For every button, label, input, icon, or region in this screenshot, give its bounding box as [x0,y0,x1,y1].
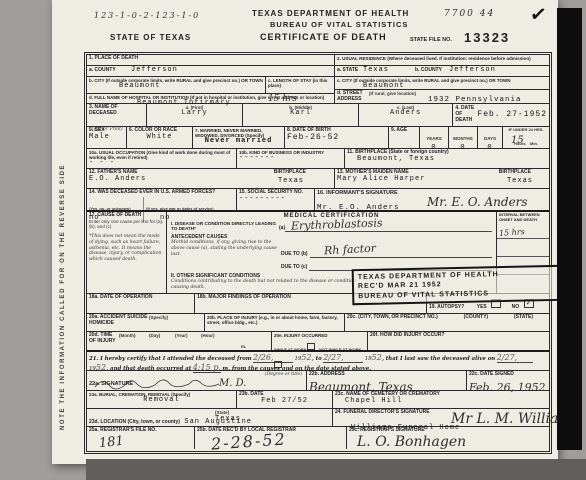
armed-forces-sub1-label: (Yes, no, or unknown) [89,206,131,211]
age-days-label: DAYS [484,136,496,141]
injury-m-label: m. [241,344,246,349]
accident-field: 20a. ACCIDENT SUICIDE HOMICIDE (Specify) [87,314,205,331]
cause-b-line: Rh factor [310,248,492,258]
row-armed-informant: 14. WAS DECEASED EVER IN U.S. ARMED FORC… [87,189,549,211]
how-injury-field: 20f. HOW DID INJURY OCCUR? [368,332,549,350]
city-stay-line: b. CITY (If outside corporate limits, wr… [87,77,334,94]
degree-or-title-note: (Degree or title) [265,372,302,377]
certify-text-3: that I last saw the deceased alive on [386,356,495,362]
age-under-24: IF UNDER 24 HRS. Hours Min. 15 [503,127,549,148]
color-race-value: White [129,134,190,142]
registrar-signature-field: 25c. REGISTRAR'S SIGNATURE L. O. Bonhage… [347,427,549,449]
ssn-value: --------- [239,196,312,204]
antecedent-note: Morbid conditions, if any, giving rise t… [171,240,279,257]
injury-city-label: 20c. (CITY, TOWN, OR PRECINCT NO.) [347,315,438,330]
row-parents: 12. FATHER'S NAME BIRTHPLACE E.O. Anders… [87,169,549,189]
date-of-death-label: 4. DATE OF DEATH [455,106,477,123]
cause-a-hand: Erythroblastosis [291,216,383,232]
date-of-death-value: Feb. 27-1952 [477,111,547,120]
certify-hand-3: 2/27, [497,353,533,363]
under-24-label: IF UNDER 24 HRS. [503,127,549,132]
length-of-stay-label: c. LENGTH OF STAY (in this place) [268,78,332,88]
row-name: 3. NAME OF DECEASED (Type or Print) a. (… [87,104,549,127]
last-name-value: Anders [361,110,450,118]
funeral-director-field: 24. FUNERAL DIRECTOR'S SIGNATURE William… [333,409,549,426]
place-of-death-title: 1. PLACE OF DEATH [89,56,332,62]
ssn-field: 15. SOCIAL SECURITY NO. --------- [237,189,315,210]
county-field: a. COUNTY Jefferson [87,66,334,77]
last-name-field: c. (Last) Anders [359,104,453,126]
burial-type-value: Removal [89,397,234,405]
injury-state-label: (STATE) [514,315,533,330]
industry-value: ------- [239,155,342,163]
middle-name-value: Karl [245,110,356,118]
street-address-label: d. STREET ADDRESS [337,91,369,104]
injury-month-label: (Month) [119,333,149,349]
physician-address-label: 22b. ADDRESS [309,372,464,378]
informant-signature-hand: Mr. E. O. Anders [427,195,528,209]
father-birthplace-value: Texas [278,178,304,186]
city-field: b. CITY (If outside corporate limits, wr… [87,77,266,93]
occupation-value: - - - [89,160,234,168]
interval-hand: 15 hrs [499,227,525,238]
informant-field: 16. INFORMANT'S SIGNATURE Mr. E.O. Ander… [315,189,549,210]
handwritten-number: 7700 44 [444,9,495,19]
received-stamp: TEXAS DEPARTMENT OF HEALTH REC'D MAR 21 … [352,265,563,306]
registrar-file-field: 25a. REGISTRAR'S FILE NO. 181 [87,427,195,449]
street-address-note: (If rural, give location) [369,91,416,104]
burial-location-field: 23d. LOCATION (City, town, or county) (S… [87,409,333,426]
age-years: YEARS 0 [420,127,449,148]
residence-city-field: c. CITY (If outside corporate limits, wr… [335,77,549,90]
row-funeral: 23d. LOCATION (City, town, or county) (S… [87,409,549,427]
date-of-operation-field: 18a. DATE OF OPERATION [87,294,195,313]
birthplace-value: Beaumont, Texas [357,156,547,164]
street-address-field: d. STREET ADDRESS (If rural, give locati… [335,90,549,105]
date-of-birth-value: Feb-26-52 [287,134,386,143]
armed-forces-field: 14. WAS DECEASED EVER IN U.S. ARMED FORC… [87,189,237,210]
first-name-field: a. (First) Larry [147,104,243,126]
state-file-no-label: STATE FILE NO. [410,37,452,43]
interval-rule-1 [497,238,549,239]
registrar-date-field: 25b. DATE REC'D BY LOCAL REGISTRAR 2-28-… [195,427,347,449]
cause-line-b: Morbid conditions, if any, giving rise t… [171,240,492,257]
place-of-death-title-box: 1. PLACE OF DEATH [87,55,334,66]
mother-birthplace-label: BIRTHPLACE [499,170,531,176]
row-injury-time: 20d. TIME OF INJURY (Month) (Day) (Year)… [87,332,549,351]
street-address-value: 1932 Pennsylvania [428,96,522,104]
row-certify: 21. I hereby certify that I attended the… [87,351,549,371]
injury-hour-label: (Hour) [201,333,241,349]
city-value: Beaumont [119,83,263,91]
burial-location-state: Texas [215,416,241,424]
row-occupation: 10a. USUAL OCCUPATION (Give kind of work… [87,149,549,169]
row-physician-signature: 22a. SIGNATURE (Degree or title) M. D. 2… [87,371,549,391]
row-place-residence: 1. PLACE OF DEATH a. COUNTY Jefferson b.… [87,55,549,104]
date-of-birth-field: 8. DATE OF BIRTH Feb-26-52 [285,127,389,148]
registrar-date-hand: 2-28-52 [210,429,287,453]
armed-forces-label: 14. WAS DECEASED EVER IN U.S. ARMED FORC… [87,189,236,197]
certify-hand-y1: 52, [301,353,314,362]
county-label: a. COUNTY [89,68,131,74]
registrar-file-label: 25a. REGISTRAR'S FILE NO. [89,428,192,434]
burial-date-value: Feb 27/52 [239,398,330,406]
while-at-work-checkbox [307,343,315,350]
row-burial: 23a. BURIAL, CREMATION, REMOVAL (Specify… [87,391,549,409]
burial-location-label: 23d. LOCATION (City, town, or county) [89,419,180,425]
time-of-injury-field: 20d. TIME OF INJURY (Month) (Day) (Year)… [87,332,272,350]
first-name-value: Larry [149,110,240,118]
due-to-b-label: DUE TO (b) [281,252,308,258]
injury-county-label: (COUNTY) [464,315,488,330]
certificate-title: CERTIFICATE OF DEATH [260,32,387,42]
place-of-death-section: 1. PLACE OF DEATH a. COUNTY Jefferson b.… [87,55,335,103]
cause-note-2: *This does not mean the mode of dying, s… [89,234,164,263]
registrar-file-hand: 181 [98,434,124,452]
industry-field: 10b. KIND OF BUSINESS OR INDUSTRY ------… [237,149,345,168]
usual-residence-section: 2. USUAL RESIDENCE (Where deceased lived… [335,55,549,103]
under-24-value: 15 [511,135,524,146]
physician-signature-field: 22a. SIGNATURE (Degree or title) M. D. [87,371,307,390]
reverse-side-note: NOTE THE INFORMATION CALLED FOR ON THE R… [60,85,66,430]
usual-residence-title-box: 2. USUAL RESIDENCE (Where deceased lived… [335,55,549,66]
cause-a-line: Erythroblastosis [285,222,492,232]
autopsy-no-label: NO [512,304,520,310]
armed-forces-sub2-label: (If yes, give war or dates of service) [146,206,214,211]
certify-hand-1: 2/26, [253,353,293,363]
interval-rule-2 [497,256,549,257]
physician-address-field: 22b. ADDRESS Beaumont, Texas [307,371,467,390]
certify-year-2: 19 [365,356,372,362]
residence-state-value: Texas [363,67,415,75]
name-of-deceased-labelcell: 3. NAME OF DECEASED (Type or Print) [87,104,147,126]
injury-year-label: (Year) [175,333,201,349]
length-of-stay-field: c. LENGTH OF STAY (in this place) 15 hrs [266,77,334,93]
city-label: b. CITY (If outside corporate limits, wr… [89,78,263,83]
registrar-signature-hand: L. O. Bonhagen [357,434,466,450]
certificate-paper: 123-1-0-2-123-1-0 TEXAS DEPARTMENT OF HE… [52,0,558,464]
certify-hand-2: 2/27, [323,353,363,363]
residence-county-label: b. COUNTY [415,68,449,74]
date-of-death-field: 4. DATE OF DEATH Feb. 27-1952 [453,104,549,126]
injury-location-field: 20c. (CITY, TOWN, OR PRECINCT NO.) (COUN… [345,314,549,331]
physician-degree-hand: M. D. [219,378,246,389]
name-of-deceased-label: 3. NAME OF DECEASED [89,105,144,117]
injury-occurred-field: 20e. INJURY OCCURRED WHILE AT WORK NOT W… [272,332,368,350]
state-of-texas: STATE OF TEXAS [110,33,191,42]
injury-occurred-label: 20e. INJURY OCCURRED [274,333,365,338]
cause-of-death-labelcell: 17. CAUSE OF DEATH Enter only one cause … [87,212,167,293]
state-file-no-value: 13323 [464,30,510,45]
cause-line-a: I. DISEASE OR CONDITION DIRECTLY LEADING… [171,221,492,232]
scan-black-strip [557,8,582,450]
cemetery-value: Chapel Hill [345,398,547,406]
usual-residence-title: 2. USUAL RESIDENCE (Where deceased lived… [337,56,547,61]
father-field: 12. FATHER'S NAME BIRTHPLACE E.O. Anders… [87,169,335,188]
marital-value: Never married [195,138,282,146]
row-registrar: 25a. REGISTRAR'S FILE NO. 181 25b. DATE … [87,427,549,449]
certify-paragraph: 21. I hereby certify that I attended the… [87,352,549,370]
department-title: TEXAS DEPARTMENT OF HEALTH [252,9,409,18]
color-race-field: 6. COLOR OR RACE White [127,127,193,148]
row-injury-place: 20a. ACCIDENT SUICIDE HOMICIDE (Specify)… [87,314,549,332]
interval-label: INTERVAL BETWEEN ONSET AND DEATH [499,213,547,222]
residence-state-label: a. STATE [335,68,363,74]
date-of-operation-label: 18a. DATE OF OPERATION [89,295,192,301]
cause-note-1: Enter only one cause per line for (a), (… [89,219,164,230]
due-to-c-label: DUE TO (c) [281,265,307,271]
age-label: 9. AGE [391,128,417,134]
birthplace-field: 11. BIRTHPLACE (State or foreign country… [345,149,549,168]
date-signed-label: 22c. DATE SIGNED [469,372,547,378]
mother-birthplace-value: Texas [507,178,533,186]
place-of-injury-field: 20b. PLACE OF INJURY (e.g., in or about … [205,314,345,331]
burial-location-state-label: (State) [215,410,229,415]
scan-bottom-band [86,459,586,480]
under-24-min-label: Min. [530,141,538,146]
cemetery-field: 23c. NAME OF CEMETERY OR CREMATORY Chape… [333,391,549,408]
age-months-label: MONTHS [453,136,473,141]
disease-leading-label: I. DISEASE OR CONDITION DIRECTLY LEADING… [171,221,279,232]
sex-value: Male [89,134,124,142]
cause-b-hand: Rh factor [323,241,376,257]
date-signed-field: 22c. DATE SIGNED Feb. 26, 1952 [467,371,549,390]
time-of-injury-label: 20d. TIME OF INJURY [89,333,119,349]
age-days: DAYS 0 [478,127,503,148]
mother-field: 13. MOTHER'S MAIDEN NAME BIRTHPLACE Mary… [335,169,549,188]
county-value: Jefferson [131,67,178,75]
certify-text-2: to [316,356,322,362]
accident-specify: (Specify) [149,315,168,330]
sex-field: 5. SEX Male [87,127,127,148]
autopsy-yes-label: YES [477,304,487,310]
marital-field: 7. MARRIED, NEVER MARRIED, WIDOWED, DIVO… [193,127,285,148]
middle-name-field: b. (Middle) Karl [243,104,359,126]
place-of-injury-label: 20b. PLACE OF INJURY (e.g., in or about … [207,315,342,325]
father-birthplace-label: BIRTHPLACE [274,170,306,176]
other-significant-note: Conditions contributing to the death but… [171,279,371,290]
handwritten-code: 123-1-0-2-123-1-0 [94,11,200,20]
burial-type-field: 23a. BURIAL, CREMATION, REMOVAL (Specify… [87,391,237,408]
handwritten-checkmark: ✓ [528,1,548,28]
registrar-signature-label: 25c. REGISTRAR'S SIGNATURE [349,428,547,434]
age-months: MONTHS 0 [449,127,478,148]
accident-label: 20a. ACCIDENT SUICIDE HOMICIDE [89,315,149,330]
bureau-title: BUREAU OF VITAL STATISTICS [270,20,408,29]
certificate-form: 1. PLACE OF DEATH a. COUNTY Jefferson b.… [86,54,550,452]
age-labelcell: 9. AGE [389,127,420,148]
age-group: 9. AGE YEARS 0 MONTHS 0 DAYS 0 IF UNDER … [389,127,549,148]
residence-county-value: Jefferson [449,67,496,75]
age-years-label: YEARS [426,136,442,141]
autopsy-label: 19. AUTOPSY? [429,304,464,310]
certify-text-1: 21. I hereby certify that I attended the… [89,356,252,362]
residence-state-county-line: a. STATE Texas b. COUNTY Jefferson [335,66,549,77]
certify-hand-y2: 52, [372,353,385,362]
injury-day-label: (Day) [149,333,175,349]
row-sex-age: 5. SEX Male 6. COLOR OR RACE White 7. MA… [87,127,549,149]
occupation-field: 10a. USUAL OCCUPATION (Give kind of work… [87,149,237,168]
burial-date-field: 23b. DATE Feb 27/52 [237,391,333,408]
how-injury-label: 20f. HOW DID INJURY OCCUR? [370,333,547,339]
